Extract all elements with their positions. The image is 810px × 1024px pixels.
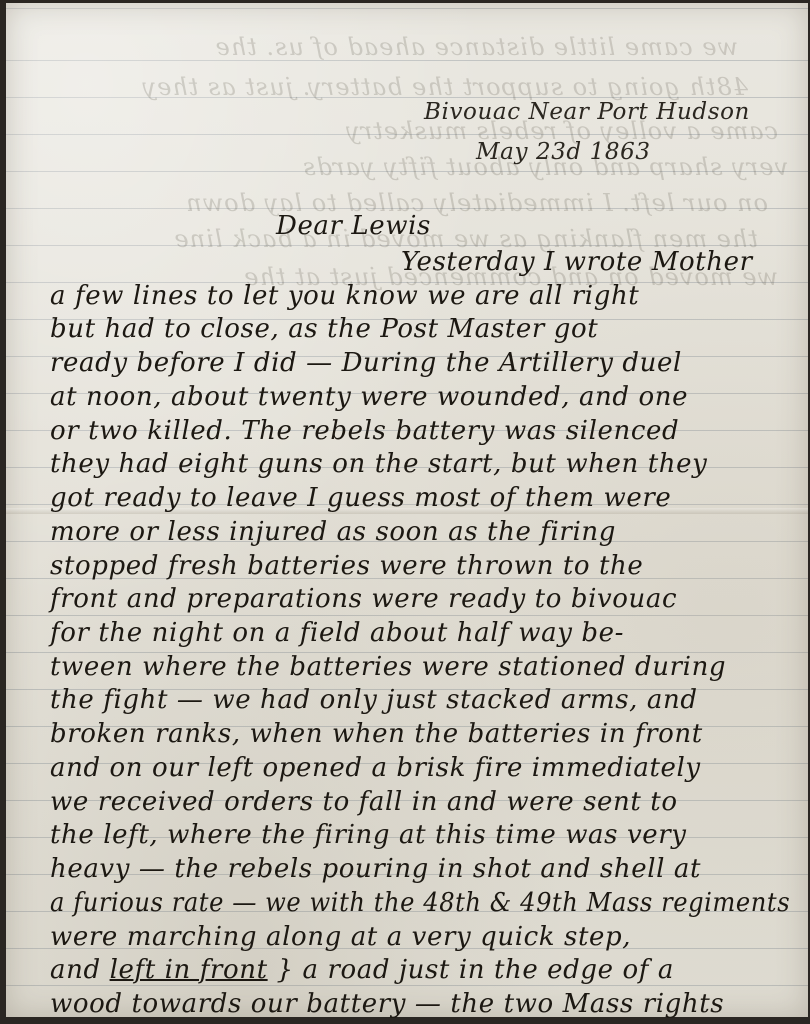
letter-line: for the night on a field about half way … [50, 618, 624, 648]
letter-line: Yesterday I wrote Mother [401, 247, 753, 277]
letter-line: a furious rate — we with the 48th & 49th… [50, 888, 790, 918]
letter-line: and on our left opened a brisk fire imme… [50, 753, 701, 783]
letter-line: heavy — the rebels pouring in shot and s… [50, 854, 701, 884]
bleed-line: on our left. I immediately called to lay… [185, 189, 768, 217]
letter-line: wood towards our battery — the two Mass … [50, 989, 724, 1019]
letter-line: but had to close, as the Post Master got [50, 314, 598, 344]
bleed-line: 48th going to support the battery. just … [142, 73, 748, 101]
letter-line: or two killed. The rebels battery was si… [50, 416, 679, 446]
letter-line: front and preparations were ready to biv… [50, 584, 677, 614]
letter-line: a few lines to let you know we are all r… [50, 281, 639, 311]
letter-line: broken ranks, when when the batteries in… [50, 719, 703, 749]
letter-line: were marching along at a very quick step… [50, 922, 631, 952]
letter-line: and left in front } a road just in the e… [50, 955, 674, 985]
letter-line: tween where the batteries were stationed… [50, 652, 726, 682]
letter-line: got ready to leave I guess most of them … [50, 483, 671, 513]
letter-heading-date: May 23d 1863 [476, 139, 651, 165]
letter-line: the fight — we had only just stacked arm… [50, 685, 698, 715]
bleed-line: we came little distance ahead of us. the [215, 33, 738, 61]
letter-line: at noon, about twenty were wounded, and … [50, 382, 688, 412]
letter-line: more or less injured as soon as the firi… [50, 517, 616, 547]
letter-line: stopped fresh batteries were thrown to t… [50, 551, 643, 581]
underlined-phrase: left in front [110, 955, 268, 985]
letter-salutation: Dear Lewis [276, 211, 431, 241]
letter-line: the left, where the firing at this time … [50, 820, 687, 850]
letter-line: ready before I did — During the Artiller… [50, 348, 682, 378]
letter-line: they had eight guns on the start, but wh… [50, 449, 707, 479]
letter-heading-place: Bivouac Near Port Hudson [424, 99, 750, 125]
letter-page: we came little distance ahead of us. the… [6, 3, 808, 1017]
letter-line: we received orders to fall in and were s… [50, 787, 678, 817]
